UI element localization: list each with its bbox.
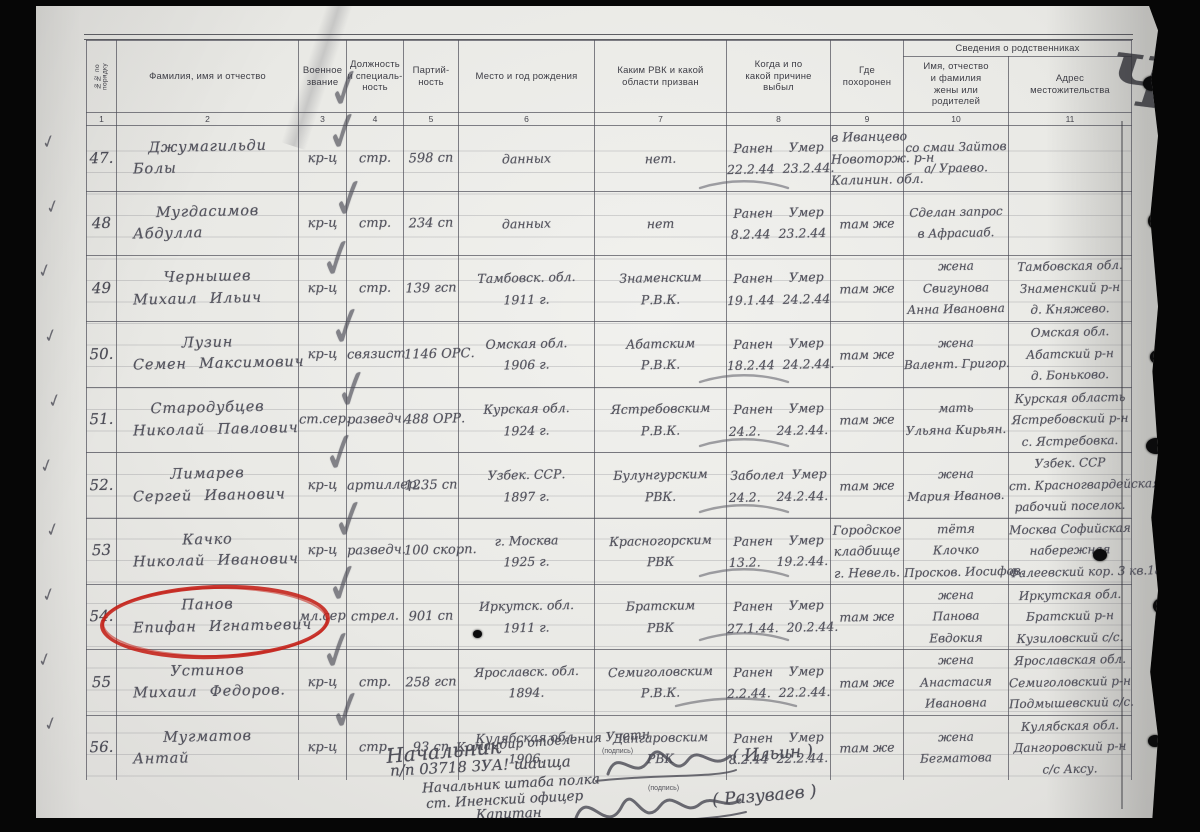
handwritten-line: Михаил Федоров. xyxy=(117,681,298,706)
table-cell: Ранен Умер18.2.44 24.2.44. xyxy=(727,321,831,387)
row-number-cell: 56. xyxy=(87,715,117,780)
handwritten-line: жена xyxy=(904,332,1008,356)
handwritten-line: 1235 сп xyxy=(404,474,458,497)
table-cell xyxy=(1009,126,1132,192)
table-cell: Ярославск. обл.1894. xyxy=(459,650,595,716)
handwritten-line: стр. xyxy=(347,277,403,300)
handwritten-line: Братским xyxy=(595,594,726,618)
table-row: 50.ЛузинСемен Максимовичкр-цсвязист1146 … xyxy=(87,321,1132,387)
ink-blot xyxy=(1153,598,1171,614)
handwritten-line: жена xyxy=(904,583,1008,607)
handwritten-line: жена xyxy=(904,725,1008,749)
handwritten-line: Заболел Умер xyxy=(727,463,830,487)
handwritten-line: там же xyxy=(831,343,903,366)
table-cell: стр. xyxy=(347,650,404,716)
handwritten-line: Семиголовский р-н xyxy=(1009,670,1131,694)
table-cell: 1235 сп xyxy=(404,453,459,519)
handwritten-line: рабочий поселок. xyxy=(1009,495,1131,519)
handwritten-line: данных xyxy=(459,146,594,170)
table-cell: Курская обл.1924 г. xyxy=(459,387,595,453)
table-cell: Узбек. ССРст. Красногвардейскаярабочий п… xyxy=(1009,453,1132,519)
table-cell: 139 гсп xyxy=(404,256,459,322)
handwritten-line: разведч. xyxy=(347,409,403,432)
handwritten-line: Николай Павлович xyxy=(117,418,298,443)
handwritten-line: там же xyxy=(831,605,903,628)
table-cell: кр-ц xyxy=(299,453,347,519)
handwritten-line: кр-ц xyxy=(299,147,346,170)
handwritten-line: Курская область xyxy=(1009,386,1131,410)
handwritten-line: кр-ц xyxy=(299,737,346,760)
handwritten-line: со смаи Зайтов xyxy=(904,136,1008,160)
table-cell: кр-ц xyxy=(299,650,347,716)
handwritten-line: 8.2.44 23.2.44 xyxy=(727,222,830,246)
handwritten-line: ст. Красногвардейская xyxy=(1009,474,1131,498)
handwritten-line: Подмышевский с/с. xyxy=(1009,692,1131,716)
ink-blot xyxy=(473,630,482,638)
handwritten-line: д. Боньково. xyxy=(1009,364,1131,388)
handwritten-line: Ранен Умер xyxy=(727,594,830,618)
column-number: 6 xyxy=(459,113,595,126)
table-cell: Иркутск. обл.1911 г. xyxy=(459,584,595,650)
table-cell xyxy=(1009,191,1132,256)
table-cell: Ранен Умер22.2.44 23.2.44. xyxy=(727,126,831,192)
table-cell: Ранен Умер8.2.44 23.2.44 xyxy=(727,191,831,256)
handwritten-line: Антай xyxy=(117,746,298,771)
column-header: Имя, отчество и фамилия жены или родител… xyxy=(904,57,1009,113)
handwritten-line: РВК. xyxy=(595,484,726,508)
row-number: 53 xyxy=(87,540,116,562)
handwritten-line: г. Москва xyxy=(459,528,594,552)
table-row: 49ЧернышевМихаил Ильичкр-цстр.139 гспТам… xyxy=(87,256,1132,322)
table-row: 48МугдасимовАбдуллакр-цстр.234 спданныхн… xyxy=(87,191,1132,256)
handwritten-line: Ястребовский р-н xyxy=(1009,408,1131,432)
table-cell: ЛимаревСергей Иванович xyxy=(117,453,299,519)
handwritten-line: 139 гсп xyxy=(404,277,458,300)
handwritten-line: Ивановна xyxy=(904,692,1008,716)
table-cell: Ранен Умер24.2. 24.2.44. xyxy=(727,387,831,453)
row-number: 50. xyxy=(87,343,116,365)
handwritten-line: Городское xyxy=(831,518,903,541)
table-cell: БулунгурскимРВК. xyxy=(595,453,727,519)
row-number: 48 xyxy=(87,212,116,234)
handwritten-line: в Иванцево xyxy=(831,125,903,148)
table-cell: АбатскимР.В.К. xyxy=(595,321,727,387)
handwritten-line: кладбище xyxy=(831,540,903,563)
table-cell: данных xyxy=(459,191,595,256)
handwritten-line: 234 сп xyxy=(404,212,458,235)
handwritten-line: Новоторж. р-н xyxy=(831,147,903,170)
handwritten-line: набережная xyxy=(1009,539,1131,563)
ink-blot xyxy=(1143,76,1161,91)
handwritten-line: нет. xyxy=(595,146,726,170)
table-cell: кр-ц xyxy=(299,321,347,387)
column-number: 10 xyxy=(904,113,1009,126)
table-cell: связист xyxy=(347,321,404,387)
pencil-tick-icon: ✓ xyxy=(38,452,56,477)
table-cell: Омская обл.1906 г. xyxy=(459,321,595,387)
table-cell: стр. xyxy=(347,126,404,192)
table-cell: г. Москва1925 г. xyxy=(459,518,595,584)
handwritten-line: 1894. xyxy=(459,681,594,705)
pencil-tick-icon: ✓ xyxy=(46,388,64,413)
table-cell: Москва СофийскаянабережнаяФалеевский кор… xyxy=(1009,518,1132,584)
table-cell: там же xyxy=(831,453,904,519)
table-cell: женаВалент. Григор. xyxy=(904,321,1009,387)
paper-sheet: №№ по порядкуФамилия, имя и отчествоВоен… xyxy=(36,6,1158,818)
handwritten-line: мать xyxy=(904,397,1008,421)
handwritten-line: связист xyxy=(347,343,403,366)
handwritten-line: Тамбовск. обл. xyxy=(459,266,594,290)
row-number-cell: 53 xyxy=(87,518,117,584)
handwritten-line: Узбек. ССР xyxy=(1009,452,1131,476)
row-number-cell: 52. xyxy=(87,453,117,519)
table-cell: Городскоекладбищег. Невель. xyxy=(831,518,904,584)
handwritten-line: Панова xyxy=(904,605,1008,629)
row-number: 55 xyxy=(87,671,116,693)
pencil-tick-icon: ✓ xyxy=(40,582,58,607)
handwritten-line: кр-ц xyxy=(299,212,346,235)
handwritten-line: Р.В.К. xyxy=(595,353,726,377)
ink-blot xyxy=(1148,212,1168,230)
table-cell: 1146 ОРС. xyxy=(404,321,459,387)
handwritten-line: Ранен Умер xyxy=(727,332,830,356)
handwritten-line: Р.В.К. xyxy=(595,681,726,705)
handwritten-line: 1146 ОРС. xyxy=(404,343,458,366)
table-cell: МугдасимовАбдулла xyxy=(117,191,299,256)
handwritten-line: там же xyxy=(831,277,903,300)
handwritten-line: данных xyxy=(459,211,594,235)
handwritten-line: Кузиловский с/с. xyxy=(1009,626,1131,650)
handwritten-line: тётя xyxy=(904,518,1008,542)
handwritten-line: 488 ОРР. xyxy=(404,409,458,432)
handwritten-line: 19.1.44 24.2.44 xyxy=(727,288,830,312)
table-cell: стр. xyxy=(347,256,404,322)
handwritten-line: Знаменским xyxy=(595,266,726,290)
column-number: 2 xyxy=(117,113,299,126)
table-row: 55УстиновМихаил Федоров.кр-цстр.258 гспЯ… xyxy=(87,650,1132,716)
scanned-document-page: №№ по порядкуФамилия, имя и отчествоВоен… xyxy=(0,0,1200,832)
table-cell: там же xyxy=(831,321,904,387)
handwritten-line: РВК xyxy=(595,550,726,574)
table-cell: разведч. xyxy=(347,518,404,584)
handwritten-line: там же xyxy=(831,408,903,431)
handwritten-line: Фалеевский кор. 3 кв.18. xyxy=(1009,561,1131,585)
handwritten-line: 22.2.44 23.2.44. xyxy=(727,157,830,181)
column-header: Где похоронен xyxy=(831,41,904,113)
table-cell: Сделан запросв Афрасиаб. xyxy=(904,191,1009,256)
handwritten-line: Курская обл. xyxy=(459,397,594,421)
column-number: 5 xyxy=(404,113,459,126)
handwritten-line: в Афрасиаб. xyxy=(904,222,1008,246)
relatives-group-header: Сведения о родственниках xyxy=(904,41,1132,57)
handwritten-line: разведч. xyxy=(347,540,403,563)
handwritten-line: а/ Ураево. xyxy=(904,157,1008,181)
handwritten-line: 13.2. 19.2.44. xyxy=(727,550,830,574)
table-cell: ст.сер. xyxy=(299,387,347,453)
column-header: Военное звание xyxy=(299,41,347,113)
column-number: 3 xyxy=(299,113,347,126)
column-header: №№ по порядку xyxy=(87,41,117,113)
table-cell: стр. xyxy=(347,191,404,256)
handwritten-line: Мария Иванов. xyxy=(904,484,1008,508)
handwritten-line: Евдокия xyxy=(904,627,1008,651)
table-cell: 901 сп xyxy=(404,584,459,650)
handwritten-line: Дангоровский р-н xyxy=(1009,736,1131,760)
table-cell: 258 гсп xyxy=(404,650,459,716)
table-cell: Иркутская обл.Братский р-нКузиловский с/… xyxy=(1009,584,1132,650)
table-cell: ЗнаменскимР.В.К. xyxy=(595,256,727,322)
row-number: 56. xyxy=(87,737,116,759)
handwritten-line: Валент. Григор. xyxy=(904,353,1008,377)
table-cell: 598 сп xyxy=(404,126,459,192)
table-cell: Тамбовская обл.Знаменский р-нд. Княжево. xyxy=(1009,256,1132,322)
handwritten-line: Ранен Умер xyxy=(727,660,830,684)
handwritten-line: жена xyxy=(904,649,1008,673)
row-number-cell: 50. xyxy=(87,321,117,387)
pencil-tick-icon: ✓ xyxy=(36,647,54,672)
row-number-cell: 49 xyxy=(87,256,117,322)
handwritten-line: Узбек. ССР. xyxy=(459,463,594,487)
handwritten-line: кр-ц xyxy=(299,474,346,497)
row-number-cell: 48 xyxy=(87,191,117,256)
handwritten-line: стрел. xyxy=(347,605,403,628)
row-number: 47. xyxy=(87,147,116,169)
handwritten-line: Ранен Умер xyxy=(727,266,830,290)
table-cell: кр-ц xyxy=(299,126,347,192)
table-row: 53КачкоНиколай Ивановичкр-цразведч.100 с… xyxy=(87,518,1132,584)
handwritten-line: Абатский р-н xyxy=(1009,342,1131,366)
table-cell: женаСвигуноваАнна Ивановна xyxy=(904,256,1009,322)
handwritten-line: Ранен Умер xyxy=(727,529,830,553)
handwritten-line: 258 гсп xyxy=(404,671,458,694)
ink-blot xyxy=(1146,438,1166,454)
handwritten-line: Бегматова xyxy=(904,747,1008,771)
handwritten-line: 901 сп xyxy=(404,606,458,629)
handwritten-line: там же xyxy=(831,737,903,760)
handwritten-line: жена xyxy=(904,463,1008,487)
table-cell: в ИванцевоНовоторж. р-нКалинин. обл. xyxy=(831,126,904,192)
table-cell: Ярославская обл.Семиголовский р-нПодмыше… xyxy=(1009,650,1132,716)
handwritten-line: Ястребовским xyxy=(595,397,726,421)
table-cell: матьУльяна Кирьян. xyxy=(904,387,1009,453)
table-cell: женаПановаЕвдокия xyxy=(904,584,1009,650)
handwritten-line: стр. xyxy=(347,212,403,235)
footer-rank-line: Капитан xyxy=(476,805,542,823)
row-number: 51. xyxy=(87,409,116,431)
handwritten-line: Анастасия xyxy=(904,671,1008,695)
handwritten-line: с/с Аксу. xyxy=(1009,758,1131,782)
handwritten-line: РВК xyxy=(595,615,726,639)
page-fold-line xyxy=(1121,121,1123,809)
handwritten-line: 18.2.44 24.2.44. xyxy=(727,353,830,377)
table-cell: там же xyxy=(831,191,904,256)
column-number: 1 xyxy=(87,113,117,126)
ink-blot xyxy=(1150,350,1166,364)
table-cell: кр-ц xyxy=(299,518,347,584)
handwritten-line: Николай Иванович xyxy=(117,549,298,574)
handwritten-line: ст.сер. xyxy=(299,409,346,432)
table-cell: женаБегматова xyxy=(904,715,1009,780)
handwritten-line: Семен Максимович xyxy=(117,352,298,377)
column-header-vertical: №№ по порядку xyxy=(94,63,109,90)
handwritten-line: там же xyxy=(831,474,903,497)
handwritten-line: стр. xyxy=(347,147,403,170)
pencil-tick-icon: ✓ xyxy=(36,258,54,283)
column-number: 7 xyxy=(595,113,727,126)
handwritten-line: Ранен Умер xyxy=(727,201,830,225)
ink-blot xyxy=(1156,661,1178,679)
handwritten-line: нет xyxy=(595,211,726,235)
handwritten-line: 27.1.44. 20.2.44. xyxy=(727,616,830,640)
handwritten-line: кр-ц xyxy=(299,671,346,694)
table-cell: Ранен Умер27.1.44. 20.2.44. xyxy=(727,584,831,650)
handwritten-line: жена xyxy=(904,255,1008,279)
column-header: Каким РВК и какой области призван xyxy=(595,41,727,113)
column-header: Место и год рождения xyxy=(459,41,595,113)
signature-caption-2: (подпись) xyxy=(648,785,679,792)
handwritten-line: Тамбовская обл. xyxy=(1009,255,1131,279)
handwritten-line: Анна Ивановна xyxy=(904,298,1008,322)
table-cell: Узбек. ССР.1897 г. xyxy=(459,453,595,519)
table-row: 52.ЛимаревСергей Ивановичкр-цартиллер.12… xyxy=(87,453,1132,519)
table-cell: кр-ц xyxy=(299,191,347,256)
table-cell: Кулябская обл.Дангоровский р-нс/с Аксу. xyxy=(1009,715,1132,780)
table-cell: Омская обл.Абатский р-нд. Боньково. xyxy=(1009,321,1132,387)
table-cell: кр-ц xyxy=(299,256,347,322)
table-cell: данных xyxy=(459,126,595,192)
table-cell: там же xyxy=(831,387,904,453)
handwritten-line: 2.2.44. 22.2.44. xyxy=(727,681,830,705)
signature-caption-1: (подпись) xyxy=(602,748,633,755)
table-cell: СтародубцевНиколай Павлович xyxy=(117,387,299,453)
table-cell: ЛузинСемен Максимович xyxy=(117,321,299,387)
handwritten-line: с. Ястребовка. xyxy=(1009,429,1131,453)
handwritten-line: 1924 г. xyxy=(459,419,594,443)
handwritten-line: Ранен Умер xyxy=(727,136,830,160)
corner-pencil-mark: Ч xyxy=(1103,36,1177,126)
table-cell: Курская областьЯстребовский р-нс. Ястреб… xyxy=(1009,387,1132,453)
table-cell: СемиголовскимР.В.К. xyxy=(595,650,727,716)
handwritten-line: кр-ц xyxy=(299,343,346,366)
handwritten-line: 1911 г. xyxy=(459,287,594,311)
table-cell: нет xyxy=(595,191,727,256)
table-cell: там же xyxy=(831,715,904,780)
handwritten-line: Абатским xyxy=(595,331,726,355)
handwritten-line: Ранен Умер xyxy=(727,397,830,421)
row-number-cell: 47. xyxy=(87,126,117,192)
signed-name-razuvaev: ( Разуваев ) xyxy=(711,781,817,810)
table-cell: КачкоНиколай Иванович xyxy=(117,518,299,584)
row-number-cell: 55 xyxy=(87,650,117,716)
table-header: №№ по порядкуФамилия, имя и отчествоВоен… xyxy=(87,41,1132,126)
column-header: Фамилия, имя и отчество xyxy=(117,41,299,113)
table-row: 51.СтародубцевНиколай Павловичст.сер.раз… xyxy=(87,387,1132,453)
handwritten-line: 1925 г. xyxy=(459,550,594,574)
pencil-tick-icon: ✓ xyxy=(42,711,60,736)
table-cell: УстиновМихаил Федоров. xyxy=(117,650,299,716)
handwritten-line: 100 скорп. xyxy=(404,540,458,563)
table-cell: ДжумагильдиБолы xyxy=(117,126,299,192)
handwritten-line: 24.2. 24.2.44. xyxy=(727,484,830,508)
column-header: Партий- ность xyxy=(404,41,459,113)
handwritten-line: артиллер. xyxy=(347,474,403,497)
handwritten-line: Р.В.К. xyxy=(595,287,726,311)
row-number-cell: 51. xyxy=(87,387,117,453)
handwritten-line: там же xyxy=(831,212,903,235)
table-cell: женаМария Иванов. xyxy=(904,453,1009,519)
table-cell: 100 скорп. xyxy=(404,518,459,584)
table-cell: Ранен Умер19.1.44 24.2.44 xyxy=(727,256,831,322)
table-cell: артиллер. xyxy=(347,453,404,519)
table-cell: МугматовАнтай xyxy=(117,715,299,780)
column-header: Должность и специаль- ность xyxy=(347,41,404,113)
handwritten-line: Ярославская обл. xyxy=(1009,649,1131,673)
handwritten-line: Калинин. обл. xyxy=(831,168,903,191)
table-body: 47.ДжумагильдиБолыкр-цстр.598 спданныхне… xyxy=(87,126,1132,781)
ink-blot xyxy=(1148,735,1162,747)
table-cell: тётяКлочкоПросков. Иосифов. xyxy=(904,518,1009,584)
table-cell: Ранен Умер2.2.44. 22.2.44. xyxy=(727,650,831,716)
handwritten-line: Михаил Ильич xyxy=(117,287,298,312)
handwritten-line: Иркутск. обл. xyxy=(459,594,594,618)
table-cell: 488 ОРР. xyxy=(404,387,459,453)
table-cell: разведч. xyxy=(347,387,404,453)
column-number: 8 xyxy=(727,113,831,126)
casualty-ledger-table: №№ по порядкуФамилия, имя и отчествоВоен… xyxy=(86,40,1132,780)
table-cell: там же xyxy=(831,650,904,716)
handwritten-line: д. Княжево. xyxy=(1009,298,1131,322)
handwritten-line: 24.2. 24.2.44. xyxy=(727,419,830,443)
handwritten-line: кр-ц xyxy=(299,277,346,300)
table-cell: Тамбовск. обл.1911 г. xyxy=(459,256,595,322)
handwritten-line: 1897 г. xyxy=(459,484,594,508)
row-number: 52. xyxy=(87,474,116,496)
handwritten-line: Булунгурским xyxy=(595,463,726,487)
column-number: 9 xyxy=(831,113,904,126)
table-cell: ЯстребовскимР.В.К. xyxy=(595,387,727,453)
handwritten-line: Абдулла xyxy=(117,222,298,247)
table-cell: кр-ц xyxy=(299,715,347,780)
table-cell: Заболел Умер24.2. 24.2.44. xyxy=(727,453,831,519)
handwritten-line: Красногорским xyxy=(595,528,726,552)
handwritten-line: Знаменский р-н xyxy=(1009,277,1131,301)
column-number: 4 xyxy=(347,113,404,126)
handwritten-line: Сергей Иванович xyxy=(117,484,298,509)
handwritten-line: 1906 г. xyxy=(459,353,594,377)
handwritten-line: Клочко xyxy=(904,539,1008,563)
handwritten-line: Омская обл. xyxy=(1009,321,1131,345)
handwritten-line: кр-ц xyxy=(299,540,346,563)
handwritten-line: Ульяна Кирьян. xyxy=(904,419,1008,443)
table-cell: стрел. xyxy=(347,584,404,650)
table-cell: там же xyxy=(831,256,904,322)
table-cell: Ранен Умер13.2. 19.2.44. xyxy=(727,518,831,584)
table-cell: ЧернышевМихаил Ильич xyxy=(117,256,299,322)
column-header: Когда и по какой причине выбыл xyxy=(727,41,831,113)
handwritten-line: Иркутская обл. xyxy=(1009,583,1131,607)
table-cell: БратскимРВК xyxy=(595,584,727,650)
row-number: 49 xyxy=(87,278,116,300)
handwritten-line: Лимарев xyxy=(117,462,298,487)
table-cell: нет. xyxy=(595,126,727,192)
handwritten-line: Кулябская обл. xyxy=(1009,715,1131,739)
pencil-tick-icon: ✓ xyxy=(44,194,62,219)
handwritten-line: Просков. Иосифов. xyxy=(904,561,1008,585)
handwritten-line: г. Невель. xyxy=(831,561,903,584)
handwritten-line: Р.В.К. xyxy=(595,419,726,443)
handwritten-line: Братский р-н xyxy=(1009,605,1131,629)
ink-blot xyxy=(1093,549,1107,561)
